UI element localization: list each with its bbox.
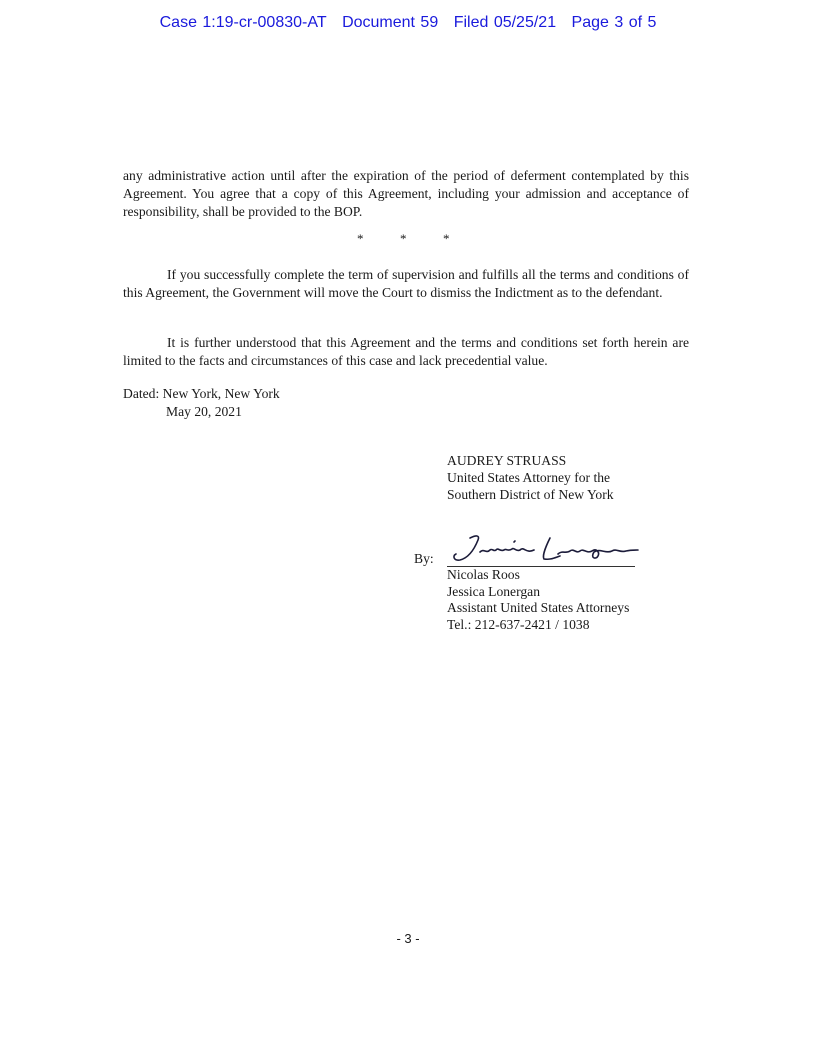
- dated-location: Dated: New York, New York: [123, 385, 280, 403]
- document-number: Document 59: [342, 14, 438, 31]
- dated-date: May 20, 2021: [123, 403, 280, 421]
- by-label: By:: [414, 551, 434, 567]
- separator-star: *: [400, 231, 443, 247]
- signer-name: Nicolas Roos: [447, 567, 629, 584]
- attorney-block: AUDREY STRUASS United States Attorney fo…: [447, 452, 614, 503]
- page-indicator: Page 3 of 5: [572, 14, 657, 31]
- attorney-name: AUDREY STRUASS: [447, 452, 614, 469]
- dated-block: Dated: New York, New York May 20, 2021: [123, 385, 280, 421]
- signers-block: Nicolas Roos Jessica Lonergan Assistant …: [447, 567, 629, 633]
- case-number: Case 1:19-cr-00830-AT: [160, 14, 327, 31]
- separator-star: *: [357, 231, 400, 247]
- signature-row: By:: [414, 530, 644, 570]
- paragraph-continuation: any administrative action until after th…: [123, 167, 689, 221]
- paragraph-dismissal: If you successfully complete the term of…: [123, 266, 689, 302]
- filed-date: Filed 05/25/21: [454, 14, 556, 31]
- separator-star: *: [443, 231, 486, 247]
- section-separator: ***: [357, 231, 486, 247]
- ecf-header: Case 1:19-cr-00830-AT Document 59 Filed …: [0, 14, 816, 32]
- attorney-title-line1: United States Attorney for the: [447, 469, 614, 486]
- handwritten-signature-icon: [450, 532, 640, 566]
- paragraph-precedent: It is further understood that this Agree…: [123, 334, 689, 370]
- signer-title: Assistant United States Attorneys: [447, 600, 629, 617]
- page-number: - 3 -: [0, 931, 816, 946]
- signer-telephone: Tel.: 212-637-2421 / 1038: [447, 617, 629, 634]
- attorney-title-line2: Southern District of New York: [447, 486, 614, 503]
- signer-name: Jessica Lonergan: [447, 584, 629, 601]
